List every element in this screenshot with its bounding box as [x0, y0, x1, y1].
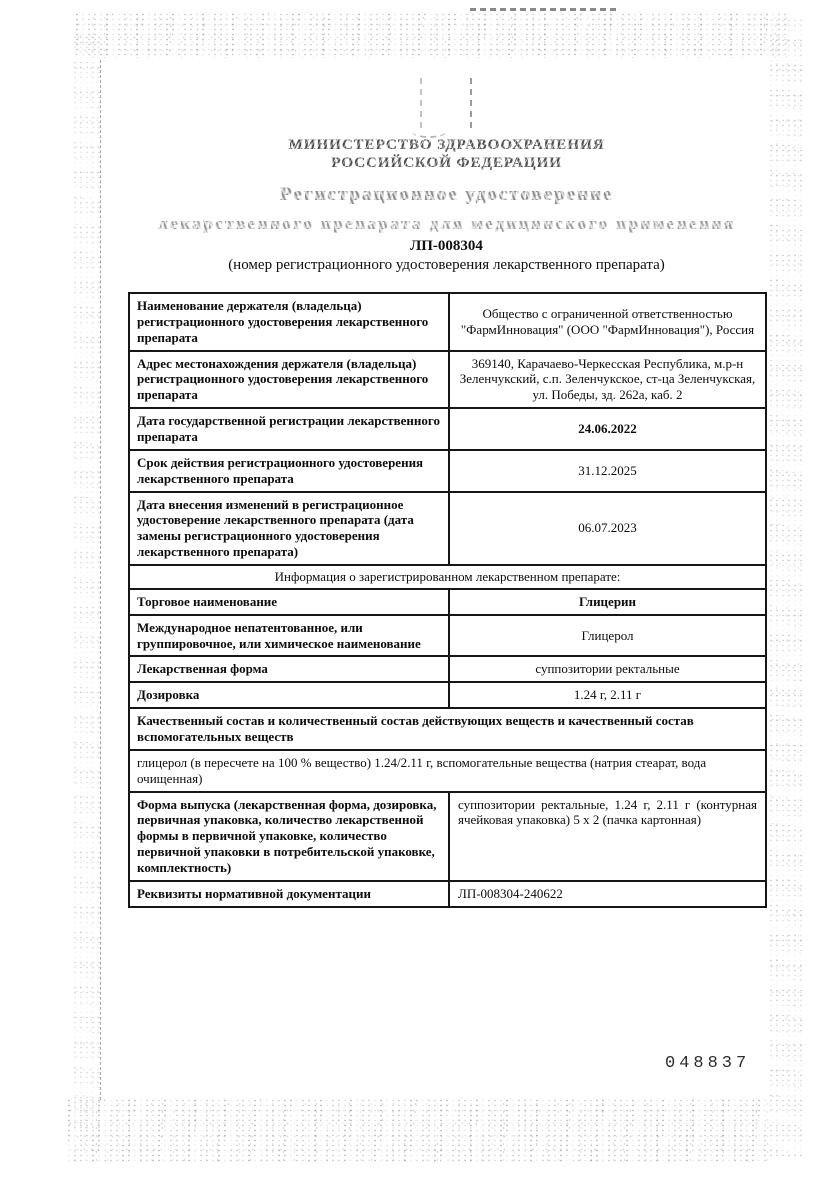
table-cell-full: Качественный состав и количественный сос…: [129, 708, 766, 750]
certificate-number: ЛП-008304: [128, 238, 765, 255]
table-cell-full: Информация о зарегистрированном лекарств…: [129, 565, 766, 589]
table-row: Торговое наименованиеГлицерин: [129, 589, 766, 615]
table-row: Реквизиты нормативной документацииЛП-008…: [129, 881, 766, 907]
table-cell-label: Форма выпуска (лекарственная форма, дози…: [129, 792, 449, 881]
faded-emblem-box: [420, 78, 472, 128]
table-row: Дата внесения изменений в регистрационно…: [129, 492, 766, 565]
table-cell-label: Реквизиты нормативной документации: [129, 881, 449, 907]
ministry-header: МИНИСТЕРСТВО ЗДРАВООХРАНЕНИЯ РОССИЙСКОЙ …: [128, 136, 765, 172]
table-cell-label: Дата государственной регистрации лекарст…: [129, 408, 449, 450]
table-cell-value: Общество с ограниченной ответственностью…: [449, 293, 766, 351]
table-cell-value: Глицерин: [449, 589, 766, 615]
table-cell-value: 1.24 г, 2.11 г: [449, 682, 766, 708]
table-row: Качественный состав и количественный сос…: [129, 708, 766, 750]
table-cell-label: Срок действия регистрационного удостовер…: [129, 450, 449, 492]
watermark-title-line1: Регистрационное удостоверение: [128, 184, 765, 206]
guilloche-border-right: [768, 18, 806, 1158]
table-row: Адрес местонахождения держателя (владель…: [129, 351, 766, 409]
table-row: Лекарственная формасуппозитории ректальн…: [129, 656, 766, 682]
border-dark-strip: [470, 8, 620, 11]
guilloche-border-left: [72, 30, 102, 1130]
table-cell-label: Международное непатентованное, или групп…: [129, 615, 449, 657]
table-cell-value: Глицерол: [449, 615, 766, 657]
watermark-title-line2: лекарственного препарата для медицинског…: [128, 214, 765, 234]
certificate-number-caption: (номер регистрационного удостоверения ле…: [128, 257, 765, 274]
table-row: Международное непатентованное, или групп…: [129, 615, 766, 657]
table-cell-value: 24.06.2022: [449, 408, 766, 450]
serial-number: 048837: [665, 1054, 750, 1073]
table-cell-full: глицерол (в пересчете на 100 % вещество)…: [129, 750, 766, 792]
table-cell-value: 369140, Карачаево-Черкесская Республика,…: [449, 351, 766, 409]
table-row: Форма выпуска (лекарственная форма, дози…: [129, 792, 766, 881]
table-cell-label: Торговое наименование: [129, 589, 449, 615]
table-cell-value: суппозитории ректальные, 1.24 г, 2.11 г …: [449, 792, 766, 881]
table-cell-label: Дата внесения изменений в регистрационно…: [129, 492, 449, 565]
guilloche-border-top: [74, 12, 790, 58]
table-cell-label: Наименование держателя (владельца) регис…: [129, 293, 449, 351]
table-row: Дозировка1.24 г, 2.11 г: [129, 682, 766, 708]
table-row: Дата государственной регистрации лекарст…: [129, 408, 766, 450]
table-cell-label: Адрес местонахождения держателя (владель…: [129, 351, 449, 409]
table-row: Срок действия регистрационного удостовер…: [129, 450, 766, 492]
table-row: Наименование держателя (владельца) регис…: [129, 293, 766, 351]
table-row: Информация о зарегистрированном лекарств…: [129, 565, 766, 589]
table-cell-value: суппозитории ректальные: [449, 656, 766, 682]
guilloche-border-bottom: [66, 1098, 770, 1162]
left-dashed-line: [100, 60, 101, 1100]
certificate-table-body: Наименование держателя (владельца) регис…: [129, 293, 766, 907]
table-cell-value: 31.12.2025: [449, 450, 766, 492]
table-row: глицерол (в пересчете на 100 % вещество)…: [129, 750, 766, 792]
table-cell-value: 06.07.2023: [449, 492, 766, 565]
ministry-line1: МИНИСТЕРСТВО ЗДРАВООХРАНЕНИЯ: [128, 136, 765, 154]
table-cell-label: Дозировка: [129, 682, 449, 708]
ministry-line2: РОССИЙСКОЙ ФЕДЕРАЦИИ: [128, 154, 765, 172]
scanned-certificate-page: МИНИСТЕРСТВО ЗДРАВООХРАНЕНИЯ РОССИЙСКОЙ …: [0, 0, 822, 1180]
table-cell-value: ЛП-008304-240622: [449, 881, 766, 907]
certificate-table: Наименование держателя (владельца) регис…: [128, 292, 767, 908]
table-cell-label: Лекарственная форма: [129, 656, 449, 682]
